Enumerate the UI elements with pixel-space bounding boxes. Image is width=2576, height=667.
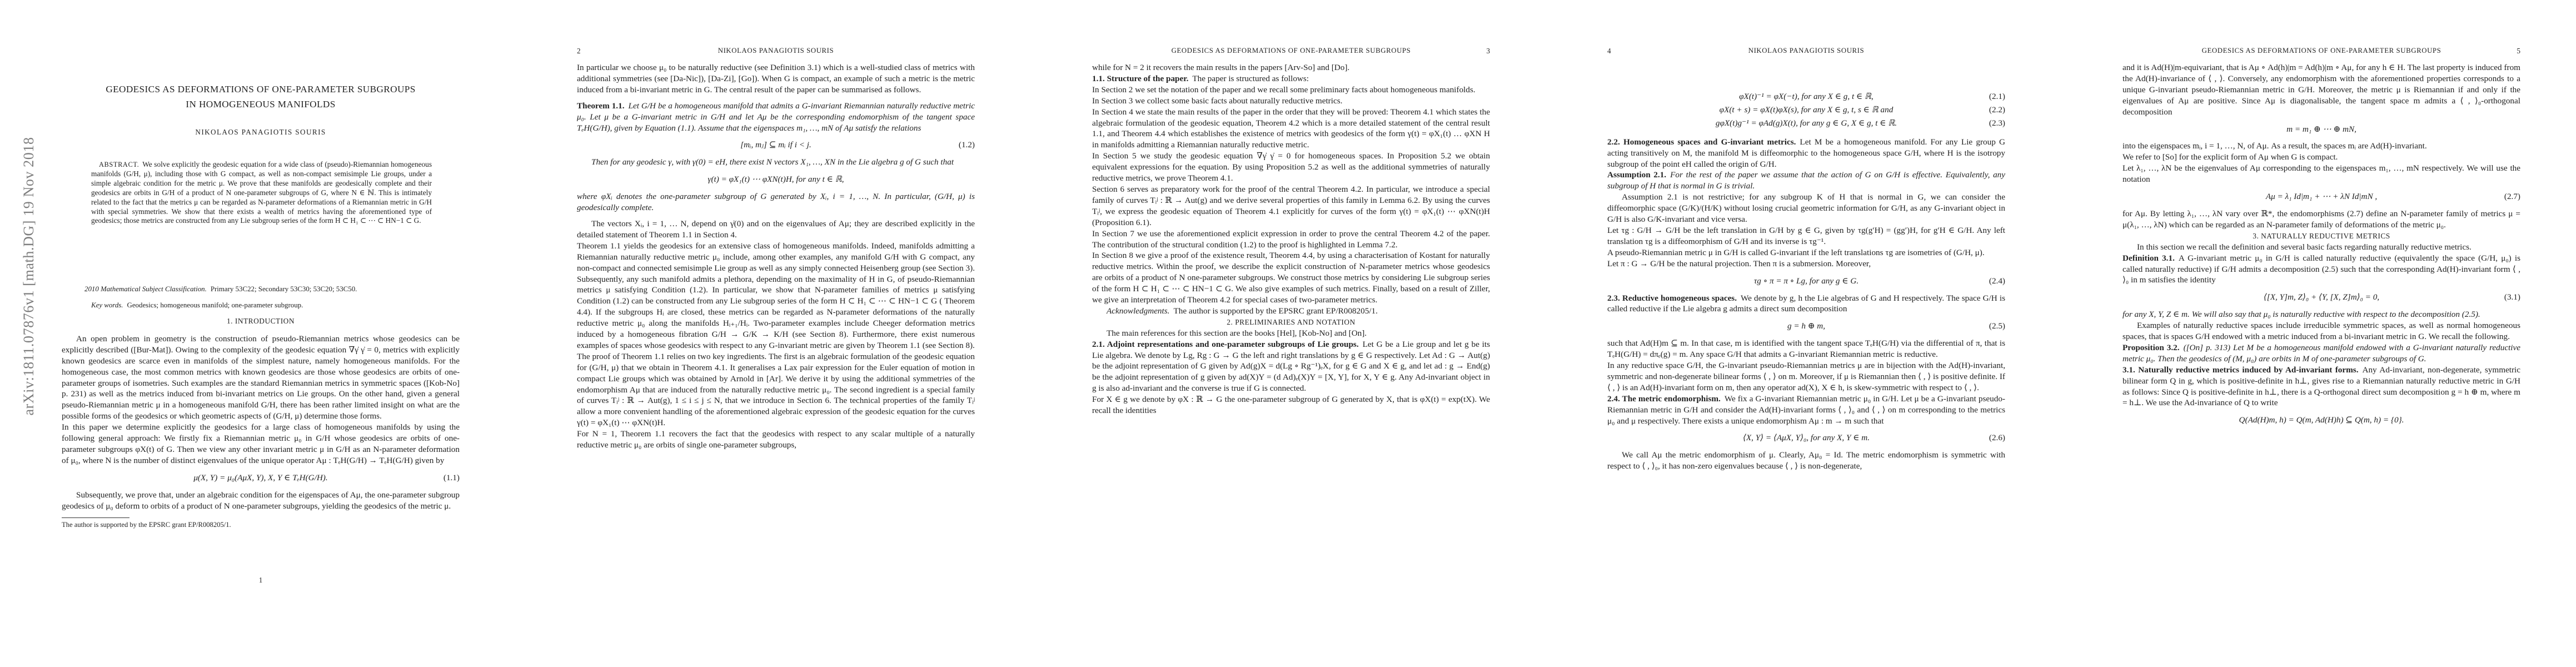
equation-body: φX(t + s) = φX(t)φX(s), for any X ∈ g, t… bbox=[1720, 105, 1894, 115]
author-name: NIKOLAOS PANAGIOTIS SOURIS bbox=[62, 128, 460, 137]
page-5: GEODESICS AS DEFORMATIONS OF ONE-PARAMET… bbox=[2061, 0, 2576, 667]
introduction-section: 1. INTRODUCTION An open problem in geome… bbox=[62, 316, 460, 529]
proposition-text: ([On] p. 313) Let M be a homogeneous man… bbox=[2122, 343, 2520, 364]
equation-number: (2.2) bbox=[1989, 104, 2005, 116]
abstract-label: ABSTRACT. bbox=[99, 161, 139, 168]
footnote-rule bbox=[62, 517, 129, 518]
equation-number: (1.1) bbox=[444, 472, 460, 484]
footnote-text: The author is supported by the EPSRC gra… bbox=[62, 521, 231, 529]
paragraph: In Section 5 we study the geodesic equat… bbox=[1092, 151, 1490, 184]
equation-number: (3.1) bbox=[2504, 292, 2520, 303]
paragraph: Let π : G → G/H be the natural projectio… bbox=[1607, 258, 2005, 270]
paragraph: The vectors Xᵢ, i = 1, … N, depend on γ̇… bbox=[577, 218, 975, 241]
paragraph: The proof of Theorem 1.1 relies on two k… bbox=[577, 351, 975, 429]
paragraph: In Section 4 we state the main results o… bbox=[1092, 107, 1490, 151]
equation-body: ⟨[X, Y]m, Z⟩₀ + ⟨Y, [X, Z]m⟩₀ = 0, bbox=[2264, 292, 2379, 302]
paragraph: Section 6 serves as preparatory work for… bbox=[1092, 184, 1490, 228]
theorem-statement: Theorem 1.1.Let G/H be a homogeneous man… bbox=[577, 101, 975, 134]
paragraph: A pseudo-Riemannian metric μ in G/H is c… bbox=[1607, 247, 2005, 258]
running-head: GEODESICS AS DEFORMATIONS OF ONE-PARAMET… bbox=[2122, 47, 2520, 55]
definition-label: Definition 3.1. bbox=[2122, 253, 2175, 263]
equation-body: ⟨X, Y⟩ = ⟨AμX, Y⟩₀, for any X, Y ∈ m. bbox=[1743, 433, 1870, 442]
equation-body: γ(t) = φX₁(t) ⋯ φXN(t)H, for any t ∈ ℝ, bbox=[707, 175, 844, 184]
proposition-3-2: Proposition 3.2.([On] p. 313) Let M be a… bbox=[2122, 342, 2520, 365]
running-title: NIKOLAOS PANAGIOTIS SOURIS bbox=[1748, 47, 1865, 54]
paragraph: Assumption 2.1 is not restrictive; for a… bbox=[1607, 192, 2005, 225]
assumption-text: For the rest of the paper we assume that… bbox=[1607, 170, 2005, 191]
paper-title-line-2: IN HOMOGENEOUS MANIFOLDS bbox=[62, 97, 460, 112]
equation-body: Aμ = λ₁ Id|m₁ + ⋯ + λN Id|mN , bbox=[2266, 192, 2377, 201]
page-4: 4 NIKOLAOS PANAGIOTIS SOURIS φX(t)⁻¹ = φ… bbox=[1546, 0, 2061, 667]
subsection-2-2: 2.2. Homogeneous spaces and G-invariant … bbox=[1607, 137, 2005, 170]
page-number: 4 bbox=[1607, 47, 1611, 56]
subsection-label: 2.4. The metric endomorphism. bbox=[1607, 394, 1721, 404]
paragraph: In Section 8 we give a proof of the exis… bbox=[1092, 250, 1490, 306]
page-2: 2 NIKOLAOS PANAGIOTIS SOURIS In particul… bbox=[515, 0, 1030, 667]
equation-body: Q(Ad(H)m, h) = Q(m, Ad(H)h) ⊆ Q(m, h) = … bbox=[2239, 415, 2404, 425]
abstract-text: We solve explicitly the geodesic equatio… bbox=[91, 160, 432, 225]
paper-title: GEODESICS AS DEFORMATIONS OF ONE-PARAMET… bbox=[62, 82, 460, 112]
running-head: 4 NIKOLAOS PANAGIOTIS SOURIS bbox=[1607, 47, 2005, 55]
theorem-1-1: Theorem 1.1.Let G/H be a homogeneous man… bbox=[577, 101, 975, 213]
paragraph: An open problem in geometry is the const… bbox=[62, 333, 460, 422]
definition-3-1: Definition 3.1.A G-invariant metric μ₀ i… bbox=[2122, 253, 2520, 286]
equation-number: (2.4) bbox=[1989, 276, 2005, 287]
paragraph: Subsequently, we prove that, under an al… bbox=[62, 490, 460, 512]
subsection-2-1: 2.1. Adjoint representations and one-par… bbox=[1092, 339, 1490, 395]
definition-text-continued: for any X, Y, Z ∈ m. We will also say th… bbox=[2122, 309, 2520, 320]
page-number-footer: 1 bbox=[62, 576, 460, 585]
paragraph: into the eigenspaces mᵢ, i = 1, …, N, of… bbox=[2122, 141, 2520, 152]
page-number: 5 bbox=[2517, 47, 2520, 56]
subsection-label: 1.1. Structure of the paper. bbox=[1092, 74, 1188, 83]
display-equation-decomposition: m = m₁ ⊕ ⋯ ⊕ mN, bbox=[2122, 124, 2520, 135]
subsection-label: 2.2. Homogeneous spaces and G-invariant … bbox=[1607, 137, 1796, 147]
paragraph: We call Aμ the metric endomorphism of μ.… bbox=[1607, 450, 2005, 472]
display-equation-Q: Q(Ad(H)m, h) = Q(m, Ad(H)h) ⊆ Q(m, h) = … bbox=[2122, 415, 2520, 426]
equation-number: (2.5) bbox=[1989, 321, 2005, 332]
theorem-text: Let G/H be a homogeneous manifold that a… bbox=[577, 101, 975, 133]
display-equation-1-2: [mᵢ, mⱼ] ⊆ mᵢ if i < j.(1.2) bbox=[577, 140, 975, 151]
running-title: GEODESICS AS DEFORMATIONS OF ONE-PARAMET… bbox=[2202, 47, 2442, 54]
display-equation-2-4: τg ∘ π = π ∘ Lg, for any g ∈ G.(2.4) bbox=[1607, 276, 2005, 287]
theorem-text: where φXᵢ denotes the one-parameter subg… bbox=[577, 191, 975, 213]
paragraph: for Aμ. By letting λ₁, …, λN vary over ℝ… bbox=[2122, 208, 2520, 231]
equation-number: (2.6) bbox=[1989, 432, 2005, 444]
equation-number: (2.1) bbox=[1989, 91, 2005, 102]
abstract-paragraph: ABSTRACT.We solve explicitly the geodesi… bbox=[91, 160, 432, 226]
footnote: The author is supported by the EPSRC gra… bbox=[62, 517, 460, 530]
equation-body: m = m₁ ⊕ ⋯ ⊕ mN, bbox=[2286, 125, 2356, 134]
subsection-2-3: 2.3. Reductive homogeneous spaces.We den… bbox=[1607, 293, 2005, 315]
theorem-label: Theorem 1.1. bbox=[577, 101, 625, 111]
arxiv-watermark: arXiv:1811.07876v1 [math.DG] 19 Nov 2018 bbox=[21, 137, 37, 415]
paragraph: For X ∈ g we denote by φX : ℝ → G the on… bbox=[1092, 394, 1490, 416]
page-body: In particular we choose μ₀ to be natural… bbox=[577, 62, 975, 451]
page-3: GEODESICS AS DEFORMATIONS OF ONE-PARAMET… bbox=[1030, 0, 1546, 667]
assumption-2-1: Assumption 2.1.For the rest of the paper… bbox=[1607, 170, 2005, 192]
definition-text: A G-invariant metric μ₀ in G/H is called… bbox=[2122, 253, 2520, 285]
msc-text: Primary 53C22; Secondary 53C30; 53C20; 5… bbox=[211, 285, 357, 293]
subsection-label: 3.1. Naturally reductive metrics induced… bbox=[2122, 365, 2359, 375]
abstract: ABSTRACT.We solve explicitly the geodesi… bbox=[91, 160, 432, 226]
display-equation-3-1: ⟨[X, Y]m, Z⟩₀ + ⟨Y, [X, Z]m⟩₀ = 0,(3.1) bbox=[2122, 292, 2520, 303]
section-heading-introduction: 1. INTRODUCTION bbox=[62, 316, 460, 327]
section-heading-preliminaries: 2. PRELIMINARIES AND NOTATION bbox=[1092, 317, 1490, 328]
equation-body: τg ∘ π = π ∘ Lg, for any g ∈ G. bbox=[1754, 276, 1858, 286]
equation-body: [mᵢ, mⱼ] ⊆ mᵢ if i < j. bbox=[740, 140, 811, 150]
proposition-label: Proposition 3.2. bbox=[2122, 343, 2180, 352]
page-1: arXiv:1811.07876v1 [math.DG] 19 Nov 2018… bbox=[0, 0, 515, 667]
paragraph: In Section 3 we collect some basic facts… bbox=[1092, 96, 1490, 107]
page-body: and it is Ad(H)|m-equivariant, that is A… bbox=[2122, 62, 2520, 432]
acknowledgments-label: Acknowledgments. bbox=[1107, 306, 1169, 316]
paragraph: In this paper we determine explicitly th… bbox=[62, 422, 460, 466]
msc-label: 2010 Mathematical Subject Classification… bbox=[84, 285, 207, 293]
subsection-3-1: 3.1. Naturally reductive metrics induced… bbox=[2122, 365, 2520, 409]
display-equation-2-1: φX(t)⁻¹ = φX(−t), for any X ∈ g, t ∈ ℝ,(… bbox=[1607, 91, 2005, 102]
page-body: while for N = 2 it recovers the main res… bbox=[1092, 62, 1490, 416]
paragraph: In Section 2 we set the notation of the … bbox=[1092, 84, 1490, 96]
display-equation-2-2: φX(t + s) = φX(t)φX(s), for any X ∈ g, t… bbox=[1607, 104, 2005, 116]
display-equation-geodesic: γ(t) = φX₁(t) ⋯ φXN(t)H, for any t ∈ ℝ, bbox=[577, 174, 975, 185]
msc-line: 2010 Mathematical Subject Classification… bbox=[84, 285, 432, 293]
paragraph: For N = 1, Theorem 1.1 recovers the fact… bbox=[577, 429, 975, 451]
paper-title-line-1: GEODESICS AS DEFORMATIONS OF ONE-PARAMET… bbox=[62, 82, 460, 97]
subsection-1-1: 1.1. Structure of the paper.The paper is… bbox=[1092, 73, 1490, 84]
running-title: GEODESICS AS DEFORMATIONS OF ONE-PARAMET… bbox=[1172, 47, 1411, 54]
display-equation-2-5: g = h ⊕ m,(2.5) bbox=[1607, 321, 2005, 332]
equation-number: (1.2) bbox=[959, 140, 975, 151]
paragraph: We refer to [So] for the explicit form o… bbox=[2122, 152, 2520, 163]
equation-body: μ(X, Y) = μ₀(AμX, Y), X, Y ∈ TₑH(G/H). bbox=[193, 473, 327, 482]
paragraph: such that Ad(H)m ⊆ m. In that case, m is… bbox=[1607, 338, 2005, 360]
paragraph: In particular we choose μ₀ to be natural… bbox=[577, 62, 975, 96]
subsection-2-4: 2.4. The metric endomorphism.We fix a G-… bbox=[1607, 394, 2005, 427]
paragraph: Theorem 1.1 yields the geodesics for an … bbox=[577, 241, 975, 351]
keywords-text: Geodesics; homogeneous manifold; one-par… bbox=[127, 301, 303, 309]
paragraph: Examples of naturally reductive spaces i… bbox=[2122, 320, 2520, 342]
paragraph: while for N = 2 it recovers the main res… bbox=[1092, 62, 1490, 73]
theorem-text: Then for any geodesic γ, with γ(0) = eH,… bbox=[577, 157, 975, 168]
page-body: φX(t)⁻¹ = φX(−t), for any X ∈ g, t ∈ ℝ,(… bbox=[1607, 83, 2005, 472]
running-head: 2 NIKOLAOS PANAGIOTIS SOURIS bbox=[577, 47, 975, 55]
acknowledgments-text: The author is supported by the EPSRC gra… bbox=[1173, 306, 1377, 316]
equation-body: φX(t)⁻¹ = φX(−t), for any X ∈ g, t ∈ ℝ, bbox=[1739, 92, 1874, 101]
paragraph: In any reductive space G/H, the G-invari… bbox=[1607, 360, 2005, 394]
paragraph: Let λ₁, …, λN be the eigenvalues of Aμ c… bbox=[2122, 163, 2520, 185]
paragraph: In this section we recall the definition… bbox=[2122, 242, 2520, 253]
paragraph: and it is Ad(H)|m-equivariant, that is A… bbox=[2122, 62, 2520, 118]
paragraph: Let τg : G/H → G/H be the left translati… bbox=[1607, 225, 2005, 247]
equation-body: g = h ⊕ m, bbox=[1787, 321, 1825, 331]
subsection-label: 2.1. Adjoint representations and one-par… bbox=[1092, 340, 1359, 349]
paragraph: In Section 7 we use the aforementioned e… bbox=[1092, 228, 1490, 251]
keywords-line: Key words.Geodesics; homogeneous manifol… bbox=[84, 301, 432, 310]
running-title: NIKOLAOS PANAGIOTIS SOURIS bbox=[718, 47, 834, 54]
equation-group-identities: φX(t)⁻¹ = φX(−t), for any X ∈ g, t ∈ ℝ,(… bbox=[1607, 91, 2005, 129]
display-equation-2-7: Aμ = λ₁ Id|m₁ + ⋯ + λN Id|mN ,(2.7) bbox=[2122, 191, 2520, 202]
acknowledgments: Acknowledgments.The author is supported … bbox=[1092, 306, 1490, 317]
equation-number: (2.3) bbox=[1989, 118, 2005, 129]
subsection-text: The paper is structured as follows: bbox=[1192, 74, 1309, 83]
page-number: 3 bbox=[1486, 47, 1490, 56]
display-equation-1-1: μ(X, Y) = μ₀(AμX, Y), X, Y ∈ TₑH(G/H).(1… bbox=[62, 472, 460, 484]
equation-number: (2.7) bbox=[2504, 191, 2520, 202]
page-number: 2 bbox=[577, 47, 581, 56]
assumption-label: Assumption 2.1. bbox=[1607, 170, 1666, 180]
subsection-label: 2.3. Reductive homogeneous spaces. bbox=[1607, 293, 1737, 303]
keywords-label: Key words. bbox=[91, 301, 123, 309]
paragraph: The main references for this section are… bbox=[1092, 328, 1490, 339]
running-head: GEODESICS AS DEFORMATIONS OF ONE-PARAMET… bbox=[1092, 47, 1490, 55]
equation-body: gφX(t)g⁻¹ = φAd(g)X(t), for any g ∈ G, X… bbox=[1716, 118, 1897, 128]
display-equation-2-3: gφX(t)g⁻¹ = φAd(g)X(t), for any g ∈ G, X… bbox=[1607, 118, 2005, 129]
section-heading-naturally-reductive: 3. NATURALLY REDUCTIVE METRICS bbox=[2122, 231, 2520, 242]
display-equation-2-6: ⟨X, Y⟩ = ⟨AμX, Y⟩₀, for any X, Y ∈ m.(2.… bbox=[1607, 432, 2005, 444]
